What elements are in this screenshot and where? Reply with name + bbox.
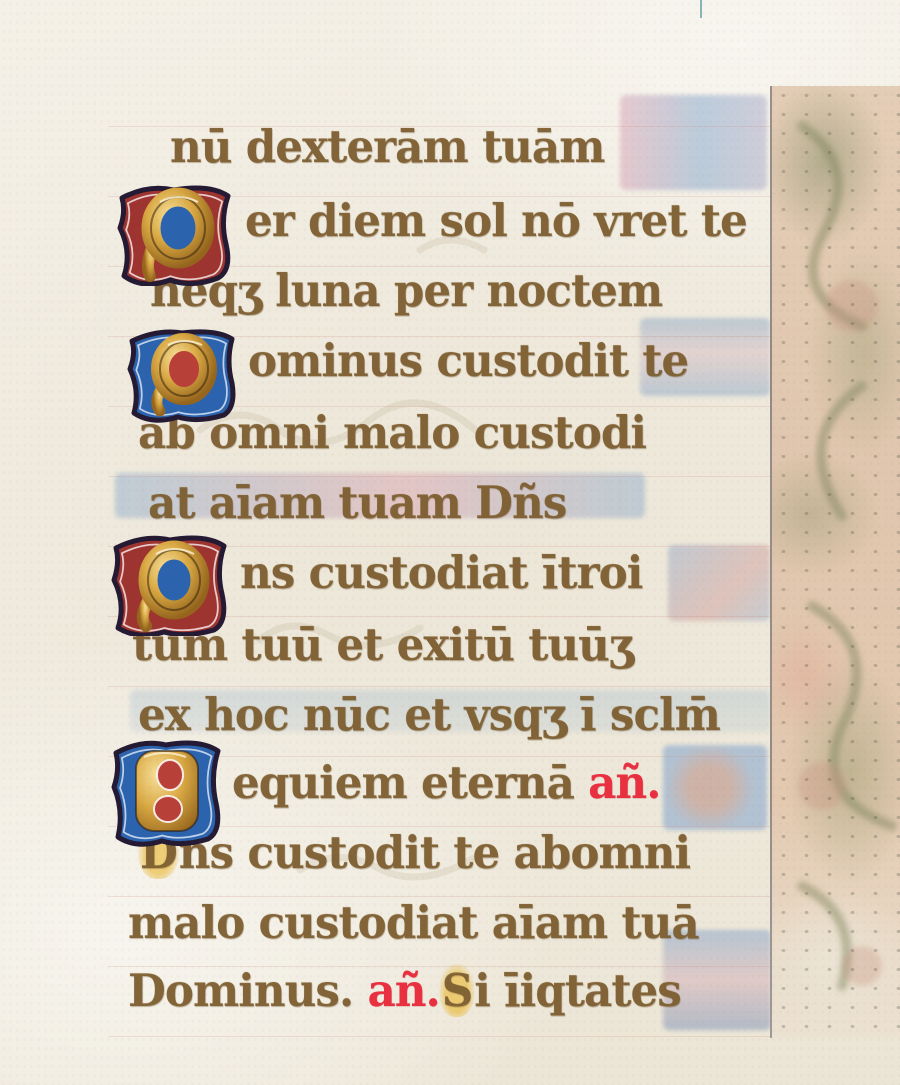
rubric-antiphon-marker: añ. xyxy=(588,756,660,809)
line-text: i īiqtates xyxy=(474,964,681,1017)
line-text: ex hoc nūc et vsqʒ ī sclm̄ xyxy=(138,688,720,741)
decorated-border-strip xyxy=(770,86,900,1038)
border-speckles xyxy=(772,86,900,1038)
rubric-antiphon-marker: añ. xyxy=(367,964,439,1017)
text-line-1: nū dexterām tuām xyxy=(170,118,604,176)
text-line-4: ominus custodit te xyxy=(248,332,688,390)
text-line-6: at aīam tuam Dñs xyxy=(148,474,566,532)
text-line-9: ex hoc nūc et vsqʒ ī sclm̄ xyxy=(138,686,720,744)
initial-R-art xyxy=(106,737,226,847)
decorated-initial-R: R xyxy=(106,737,226,847)
line-text: at aīam tuam Dñs xyxy=(148,476,566,529)
decorated-initial-D2: D xyxy=(106,532,232,636)
line-text: ñs custodit te abomni xyxy=(179,826,690,879)
initial-P-art xyxy=(112,182,236,286)
stray-ink-mark xyxy=(700,0,702,18)
text-line-12: malo custodiat aīam tuā xyxy=(128,894,699,952)
text-line-13: Dominus. añ.Si īiqtates xyxy=(128,962,681,1020)
line-text: equiem eternā xyxy=(232,756,588,809)
line-text: Dominus. xyxy=(128,964,367,1017)
yellow-washed-letter: S xyxy=(440,964,474,1017)
decorated-initial-D1: D xyxy=(124,327,240,423)
text-line-10: equiem eternā añ. xyxy=(232,754,660,812)
decorated-initial-P: P xyxy=(112,182,236,286)
line-text: er diem sol nō vret te xyxy=(245,194,747,247)
line-text: malo custodiat aīam tuā xyxy=(128,896,699,949)
manuscript-leaf-photo: nū dexterām tuām er diem sol nō vret te … xyxy=(0,0,900,1085)
initial-D-art xyxy=(106,532,232,636)
line-text: ominus custodit te xyxy=(248,334,688,387)
line-text: nū dexterām tuām xyxy=(170,120,604,173)
line-text: ns custodiat ītroi xyxy=(240,546,642,599)
text-line-7: ns custodiat ītroi xyxy=(240,544,642,602)
text-line-2: er diem sol nō vret te xyxy=(245,192,747,250)
initial-D-art xyxy=(124,327,240,423)
